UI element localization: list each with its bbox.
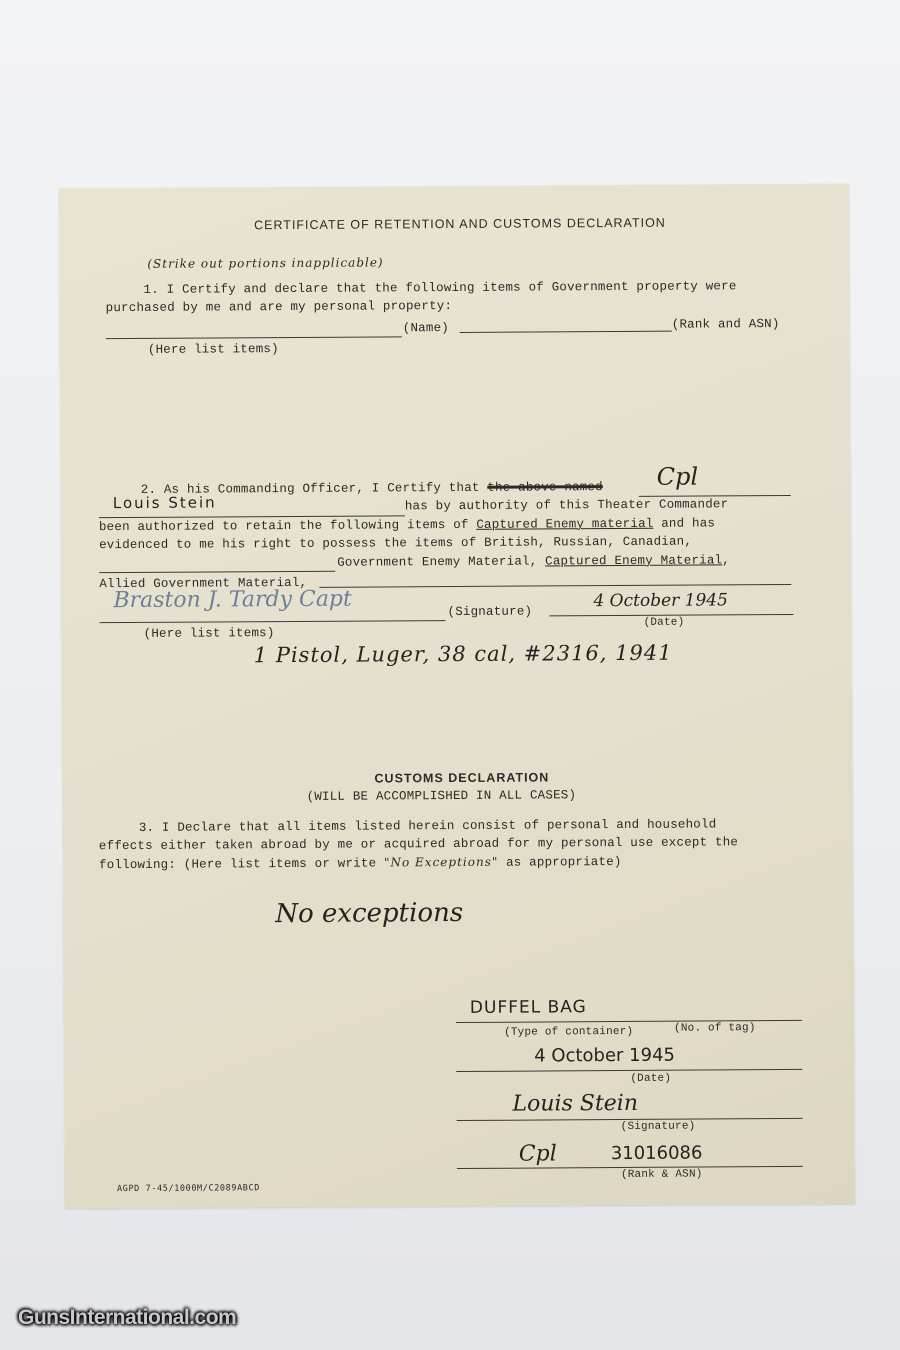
section2-line2: has by authority of this Theater Command… [405, 496, 729, 514]
customs-line3: following: (Here list items or write "No… [99, 853, 622, 873]
customs-line3-text: following: (Here list items or write [99, 856, 384, 872]
handwritten-container: DUFFEL BAG [470, 997, 587, 1018]
signature-label: (Signature) [447, 604, 532, 621]
document-paper: CERTIFICATE OF RETENTION AND CUSTOMS DEC… [59, 184, 855, 1209]
section2-line5-text: Government Enemy Material, [337, 555, 537, 570]
declarant-signature-label: (Signature) [621, 1119, 696, 1135]
struck-text: the above named [487, 480, 603, 495]
container-label: (Type of container) [504, 1024, 633, 1041]
section1-list-label: (Here list items) [148, 341, 279, 358]
declaration-date-line [456, 1069, 802, 1072]
handwritten-rank-cpl: Cpl [519, 1141, 557, 1166]
name-label: (Name) [403, 320, 449, 336]
section1-line2: purchased by me and are my personal prop… [106, 298, 453, 316]
section2-line3: been authorized to retain the following … [99, 515, 715, 535]
section2-line5: Government Enemy Material, Captured Enem… [337, 552, 730, 570]
section2-line3-end: and has [661, 516, 715, 530]
no-exceptions-italic: "No Exceptions" [384, 855, 498, 870]
date-label: (Date) [644, 615, 685, 631]
handwritten-declarant-signature: Louis Stein [512, 1091, 638, 1117]
section2-line5-end: , [722, 553, 730, 567]
section2-line3-text: been authorized to retain the following … [99, 518, 469, 534]
handwritten-no-exceptions: No exceptions [275, 898, 463, 929]
captured-enemy-material-underlined-2: Captured Enemy Material [545, 553, 722, 568]
declaration-date-label: (Date) [630, 1071, 671, 1087]
watermark-logo: GunsInternational.com [18, 1306, 236, 1330]
instruction-text: (Strike out portions inapplicable) [147, 254, 383, 271]
customs-line3-end: as appropriate) [498, 855, 621, 870]
handwritten-rank: Cpl [657, 463, 699, 491]
rank-asn-label: (Rank and ASN) [672, 316, 780, 333]
customs-subtitle: (WILL BE ACCOMPLISHED IN ALL CASES) [307, 787, 577, 805]
allied-blank-line [319, 584, 791, 588]
form-code: AGPD 7-45/1000M/C2089ABCD [117, 1180, 260, 1197]
handwritten-name: Louis Stein [113, 493, 217, 512]
document-title: CERTIFICATE OF RETENTION AND CUSTOMS DEC… [254, 215, 666, 234]
handwritten-officer-signature: Braston J. Tardy Capt [113, 587, 352, 613]
handwritten-declaration-date: 4 October 1945 [534, 1045, 675, 1067]
handwritten-officer-date: 4 October 1945 [593, 590, 728, 611]
tag-label: (No. of tag) [674, 1020, 756, 1036]
section2-line4: evidenced to me his right to possess the… [99, 534, 692, 554]
officer-signature-line [100, 620, 446, 623]
rank-asn-footer-label: (Rank & ASN) [621, 1167, 703, 1183]
captured-enemy-material-underlined: Captured Enemy material [476, 517, 653, 532]
section2-list-label: (Here list items) [144, 625, 275, 642]
rank-field-line [460, 331, 672, 333]
handwritten-asn: 31016086 [611, 1143, 703, 1165]
customs-title: CUSTOMS DECLARATION [374, 769, 549, 786]
handwritten-items: 1 Pistol, Luger, 38 cal, #2316, 1941 [254, 641, 673, 668]
section1-line1: 1. I Certify and declare that the follow… [143, 278, 736, 298]
name-field-line [106, 336, 402, 339]
customs-line2: effects either taken abroad by me or acq… [99, 834, 738, 854]
customs-line1: 3. I Declare that all items listed herei… [139, 816, 717, 836]
government-blank-line [99, 571, 335, 573]
